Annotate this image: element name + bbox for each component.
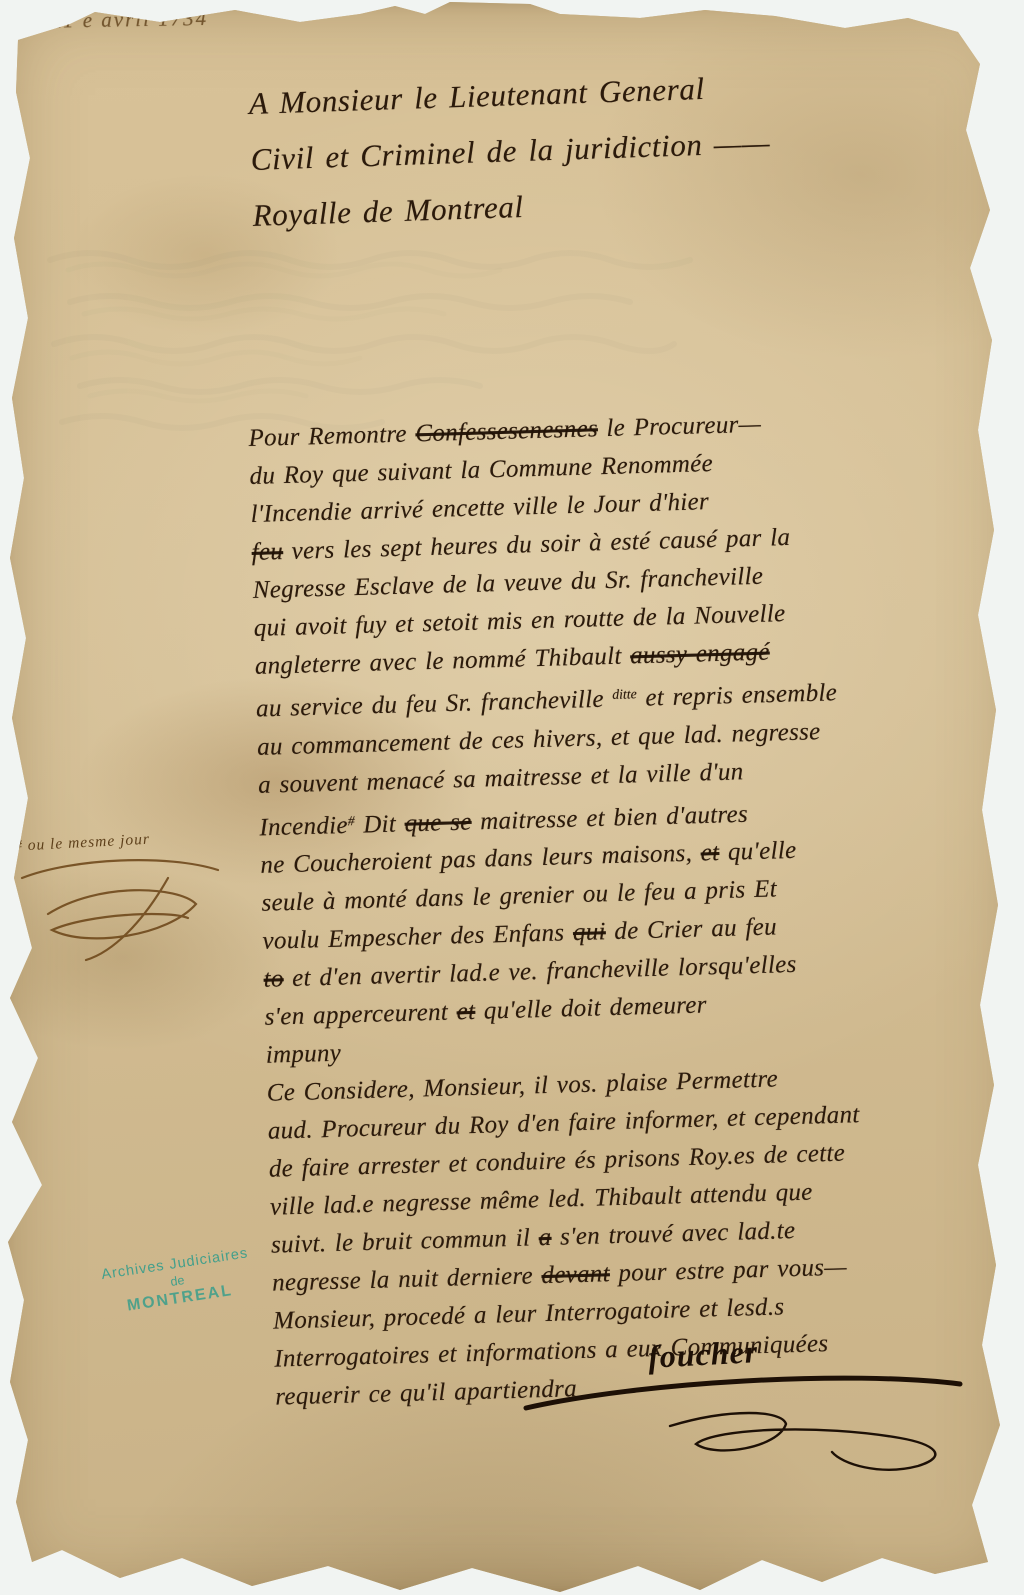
struck-text: a: [538, 1224, 552, 1251]
margin-paraph-flourish: [18, 852, 223, 967]
struck-text: to: [263, 965, 284, 993]
text-run: voulu Empescher des Enfans: [262, 919, 573, 955]
struck-text: devant: [541, 1260, 610, 1289]
text-run: s'en apperceurent: [264, 999, 457, 1031]
struck-text: que se: [404, 808, 472, 837]
text-run: negresse la nuit derniere: [272, 1262, 542, 1297]
struck-text: aussy engagé: [630, 639, 770, 670]
text-run: qu'elle doit demeurer: [475, 992, 707, 1025]
text-run: maitresse et bien d'autres: [471, 800, 748, 835]
archival-date-note: 11 e avril 1734: [52, 3, 352, 33]
struck-text: et: [700, 839, 719, 867]
struck-text: qui: [573, 918, 607, 946]
text-run: pour estre par vous—: [610, 1254, 848, 1288]
text-run: l'Incendie arrivé encette ville le Jour …: [250, 488, 709, 528]
struck-text: Confessesenesnes: [415, 415, 598, 447]
document-scan: 11 e avril 1734 A Monsieur le Lieutenant…: [0, 0, 1024, 1595]
text-run: Incendie: [259, 812, 348, 841]
text-run: angleterre avec le nommé Thibault: [255, 642, 631, 679]
text-run: qu'elle: [719, 837, 797, 866]
manuscript-paper: 11 e avril 1734 A Monsieur le Lieutenant…: [0, 0, 1024, 1595]
address-header: A Monsieur le Lieutenant GeneralCivil et…: [248, 52, 965, 244]
text-run: et repris ensemble: [636, 679, 837, 712]
text-run: impuny: [265, 1040, 341, 1069]
struck-text: et: [456, 998, 475, 1026]
petition-body: Pour Remontre Confessesenesnes le Procur…: [248, 399, 1016, 1416]
text-run: Dit: [354, 810, 405, 838]
text-run: le Procureur—: [598, 411, 762, 443]
ink-bleedthrough-decoration-2: [60, 250, 580, 410]
superscript-text: ditte: [612, 686, 637, 702]
text-run: suivt. le bruit commun il: [271, 1224, 539, 1258]
text-run: ne Coucheroient pas dans leurs maisons,: [260, 840, 701, 879]
text-run: Pour Remontre: [248, 420, 416, 452]
struck-text: feu: [251, 538, 283, 566]
archives-stamp: Archives JudiciairesdeMONTREAL: [67, 1240, 287, 1323]
text-run: de Crier au feu: [605, 914, 777, 946]
signature-flourish: [520, 1356, 970, 1486]
text-run: s'en trouvé avec lad.te: [551, 1217, 796, 1251]
text-run: au service du feu Sr. francheville: [256, 686, 613, 723]
